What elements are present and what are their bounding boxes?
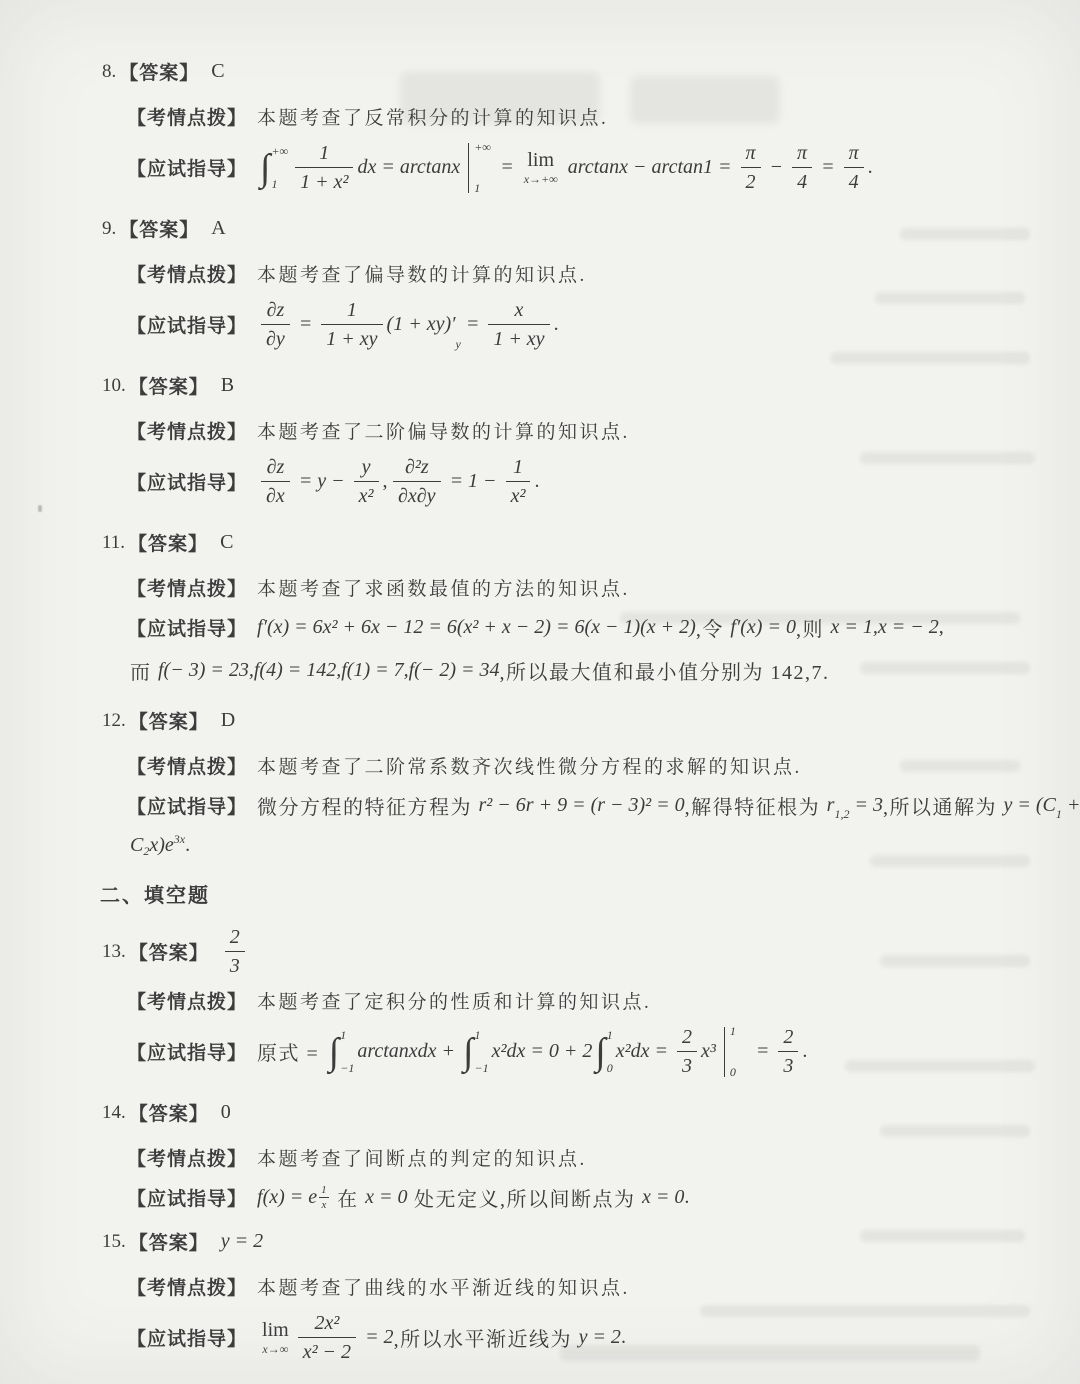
integral-limits: 1−1: [340, 1028, 354, 1076]
answer-value: A: [211, 217, 227, 240]
formula: limx→∞2x²x² − 2 = 2,所以水平渐近线为 y = 2.: [257, 1312, 627, 1363]
math-fraction: π4: [844, 142, 864, 193]
yingshi-label: 【应试指导】: [127, 614, 247, 641]
kaoqing-text: 本题考查了间断点的判定的知识点.: [257, 1144, 587, 1171]
math-text: 0: [221, 1101, 233, 1124]
math-text: ,所以水平渐近线为: [394, 1323, 579, 1352]
yingshi-line: 【应试指导】 ∫+∞111 + x²dx = arctanx+∞1 = limx…: [127, 142, 1080, 193]
answer-value: D: [221, 709, 237, 732]
math-variable: f′(x) = 0: [730, 616, 796, 639]
math-fraction: ∂z∂y: [261, 299, 290, 350]
kaoqing-line: 【考情点拨】 本题考查了间断点的判定的知识点.: [127, 1144, 1080, 1171]
math-text: ,: [939, 616, 946, 639]
formula: 而 f(− 3) = 23,f(4) = 142,f(1) = 7,f(− 2)…: [130, 656, 829, 685]
kaoqing-label: 【考情点拨】: [127, 417, 247, 444]
answer-item-14: 14. 【答案】 0 【考情点拨】 本题考查了间断点的判定的知识点. 【应试指导…: [0, 1099, 1080, 1212]
fraction-numerator: ∂z: [261, 456, 290, 482]
math-text: 原式 =: [257, 1037, 326, 1066]
math-text: .: [621, 1326, 628, 1349]
bar-upper-limit: +∞: [474, 140, 491, 155]
math-text: D: [221, 709, 237, 732]
fraction-numerator: π: [844, 142, 864, 168]
math-variable: = 2: [360, 1326, 394, 1349]
yingshi-line: 【应试指导】 f(x) = e1x 在 x = 0 处无定义,所以间断点为 x …: [127, 1183, 1080, 1212]
math-text: .: [868, 156, 875, 179]
math-variable: =: [294, 313, 318, 336]
kaoqing-label: 【考情点拨】: [127, 260, 247, 287]
kaoqing-text: 本题考查了定积分的性质和计算的知识点.: [257, 987, 651, 1014]
fraction-numerator: ∂z: [261, 299, 290, 325]
math-variable: f′(x) = 6x² + 6x − 12 = 6(x² + x − 2) = …: [257, 616, 696, 639]
answer-item-11: 11. 【答案】 C 【考情点拨】 本题考查了求函数最值的方法的知识点. 【应试…: [0, 529, 1080, 685]
yingshi-label: 【应试指导】: [127, 1324, 247, 1351]
fraction-denominator: 2: [741, 168, 761, 193]
fraction-numerator: 1: [295, 142, 353, 168]
answer-value: 23: [221, 926, 249, 977]
kaoqing-line: 【考情点拨】 本题考查了求函数最值的方法的知识点.: [127, 574, 1080, 601]
math-fraction: x1 + xy: [488, 299, 549, 350]
math-fraction: 1x: [319, 1184, 329, 1211]
math-fraction: 23: [225, 926, 245, 977]
math-text: ,: [383, 470, 390, 493]
yingshi-line: 【应试指导】 limx→∞2x²x² − 2 = 2,所以水平渐近线为 y = …: [127, 1312, 1080, 1363]
math-fraction: π2: [741, 142, 761, 193]
math-variable: y = 2: [579, 1326, 621, 1349]
kaoqing-text: 本题考查了二阶常系数齐次线性微分方程的求解的知识点.: [257, 752, 802, 779]
fraction-numerator: 1: [319, 1184, 329, 1198]
fraction-numerator: 2x²: [298, 1312, 356, 1338]
math-variable: x = 1,x = − 2: [830, 616, 938, 639]
math-fraction: 1x²: [506, 456, 531, 507]
math-variable: x³: [701, 1040, 716, 1063]
formula: 微分方程的特征方程为 r² − 6r + 9 = (r − 3)² = 0,解得…: [257, 791, 1080, 820]
fraction-denominator: x: [319, 1198, 329, 1211]
question-number: 14.: [102, 1102, 126, 1124]
limit-under: x→∞: [262, 1343, 289, 1355]
integral-lower-limit: −1: [474, 1061, 488, 1076]
math-text: 而: [130, 656, 158, 685]
answer-line: 15. 【答案】 y = 2: [102, 1228, 1080, 1255]
evaluation-bar: +∞1: [468, 143, 495, 193]
math-fraction: 11 + xy: [321, 299, 382, 350]
kaoqing-label: 【考情点拨】: [127, 103, 247, 130]
math-text: B: [221, 374, 236, 397]
integral-limits: +∞1: [271, 144, 288, 192]
integral-limits: 1−1: [474, 1028, 488, 1076]
math-text: .: [534, 470, 541, 493]
answer-item-15: 15. 【答案】 y = 2 【考情点拨】 本题考查了曲线的水平渐近线的知识点.…: [0, 1228, 1080, 1363]
kaoqing-label: 【考情点拨】: [127, 574, 247, 601]
fraction-numerator: 2: [778, 1026, 798, 1052]
math-variable: = 3: [849, 794, 883, 817]
kaoqing-label: 【考情点拨】: [127, 1144, 247, 1171]
integral-upper-limit: 1: [607, 1028, 613, 1043]
math-variable: y = 2: [221, 1230, 263, 1253]
fraction-numerator: 2: [677, 1026, 697, 1052]
kaoqing-line: 【考情点拨】 本题考查了曲线的水平渐近线的知识点.: [127, 1273, 1080, 1300]
formula: C2x)e3x.: [130, 834, 192, 857]
yingshi-label: 【应试指导】: [127, 468, 247, 495]
fraction-numerator: π: [741, 142, 761, 168]
kaoqing-line: 【考情点拨】 本题考查了定积分的性质和计算的知识点.: [127, 987, 1080, 1014]
scanned-answer-page: { "labels": { "answer": "【答案】", "kaoqing…: [0, 0, 1080, 1384]
math-variable: −: [765, 156, 789, 179]
math-variable: r: [827, 794, 835, 817]
math-variable: = 1 −: [445, 470, 502, 493]
formula: ∂z∂y = 11 + xy(1 + xy)′y = x1 + xy.: [257, 299, 560, 350]
math-variable: r² − 6r + 9 = (r − 3)² = 0: [479, 794, 685, 817]
math-fraction: 11 + x²: [295, 142, 353, 193]
formula: f(x) = e1x 在 x = 0 处无定义,所以间断点为 x = 0.: [257, 1183, 691, 1212]
fraction-numerator: x: [488, 299, 549, 325]
kaoqing-text: 本题考查了曲线的水平渐近线的知识点.: [257, 1273, 630, 1300]
answer-line: 8. 【答案】 C: [102, 58, 1080, 85]
fraction-denominator: x²: [354, 482, 379, 507]
kaoqing-line: 【考情点拨】 本题考查了二阶偏导数的计算的知识点.: [127, 417, 1080, 444]
formula: f′(x) = 6x² + 6x − 12 = 6(x² + x − 2) = …: [257, 613, 945, 642]
math-text: .: [554, 313, 561, 336]
question-number: 9.: [102, 218, 116, 240]
math-variable: =: [751, 1040, 775, 1063]
integral-upper-limit: +∞: [271, 144, 288, 159]
answer-label: 【答案】: [129, 372, 209, 399]
limit-label: lim: [524, 150, 558, 170]
fraction-numerator: 1: [506, 456, 531, 482]
math-text: 在: [331, 1183, 366, 1212]
math-variable: arctanx − arctan1 =: [563, 156, 737, 179]
answer-label: 【答案】: [119, 215, 199, 242]
bar-lower-limit: 1: [474, 181, 480, 196]
fraction-denominator: 3: [778, 1052, 798, 1077]
fraction-numerator: ∂²z: [393, 456, 441, 482]
integral-sign: ∫: [595, 1033, 605, 1071]
yingshi-line: 【应试指导】 f′(x) = 6x² + 6x − 12 = 6(x² + x …: [127, 613, 1080, 642]
fraction-denominator: 4: [792, 168, 812, 193]
math-fraction: ∂²z∂x∂y: [393, 456, 441, 507]
answer-line: 12. 【答案】 D: [102, 707, 1080, 734]
math-variable: x = 0: [642, 1186, 684, 1209]
question-number: 13.: [102, 941, 126, 963]
math-variable: arctanxdx +: [357, 1040, 460, 1063]
kaoqing-text: 本题考查了二阶偏导数的计算的知识点.: [257, 417, 630, 444]
answer-item-8: 8. 【答案】 C 【考情点拨】 本题考查了反常积分的计算的知识点. 【应试指导…: [0, 58, 1080, 193]
integral-lower-limit: 1: [271, 177, 288, 192]
yingshi-line: 【应试指导】 原式 = ∫1−1arctanxdx + ∫1−1x²dx = 0…: [127, 1026, 1080, 1077]
math-variable: (1 + xy)′: [387, 313, 456, 336]
math-text: ,所以最大值和最小值分别为 142,7.: [499, 656, 829, 685]
math-text: ,所以通解为: [883, 791, 1004, 820]
question-number: 10.: [102, 375, 126, 397]
integral: ∫10: [595, 1028, 612, 1076]
kaoqing-text: 本题考查了求函数最值的方法的知识点.: [257, 574, 630, 601]
formula: ∂z∂x = y − yx²,∂²z∂x∂y = 1 − 1x².: [257, 456, 541, 507]
yingshi-line: 【应试指导】 微分方程的特征方程为 r² − 6r + 9 = (r − 3)²…: [127, 791, 1080, 820]
kaoqing-text: 本题考查了偏导数的计算的知识点.: [257, 260, 587, 287]
math-text: ,解得特征根为: [685, 791, 827, 820]
fraction-denominator: 3: [677, 1052, 697, 1077]
math-superscript: 3x: [174, 832, 185, 847]
math-variable: x²dx =: [616, 1040, 673, 1063]
fraction-denominator: ∂x: [261, 482, 290, 507]
answer-label: 【答案】: [129, 707, 209, 734]
math-text: ,则: [796, 613, 831, 642]
answer-label: 【答案】: [129, 1099, 209, 1126]
yingshi-line: 【应试指导】 ∂z∂y = 11 + xy(1 + xy)′y = x1 + x…: [127, 299, 1080, 350]
formula: 原式 = ∫1−1arctanxdx + ∫1−1x²dx = 0 + 2∫10…: [257, 1026, 809, 1077]
fraction-denominator: ∂y: [261, 325, 290, 350]
yingshi-label: 【应试指导】: [127, 1038, 247, 1065]
fraction-denominator: 1 + xy: [488, 325, 549, 350]
math-fraction: yx²: [354, 456, 379, 507]
math-text: .: [802, 1040, 809, 1063]
math-variable: =: [816, 156, 840, 179]
answer-value: B: [221, 374, 236, 397]
fraction-numerator: y: [354, 456, 379, 482]
math-text: C: [211, 60, 226, 83]
bar-upper-limit: 1: [730, 1024, 736, 1039]
kaoqing-line: 【考情点拨】 本题考查了二阶常系数齐次线性微分方程的求解的知识点.: [127, 752, 1080, 779]
math-text: A: [211, 217, 227, 240]
integral: ∫+∞1: [260, 144, 288, 192]
answer-value: C: [220, 531, 235, 554]
math-variable: x)e: [149, 834, 173, 857]
answer-line: 10. 【答案】 B: [102, 372, 1080, 399]
formula: ∫+∞111 + x²dx = arctanx+∞1 = limx→+∞ arc…: [257, 142, 874, 193]
fraction-denominator: 3: [225, 952, 245, 977]
integral-sign: ∫: [260, 149, 270, 187]
kaoqing-text: 本题考查了反常积分的计算的知识点.: [257, 103, 608, 130]
question-number: 11.: [102, 532, 125, 554]
math-variable: y = (C: [1003, 794, 1055, 817]
formula-continuation: C2x)e3x.: [130, 834, 1080, 857]
question-number: 12.: [102, 710, 126, 732]
math-variable: C: [130, 834, 143, 857]
question-number: 8.: [102, 61, 116, 83]
fraction-denominator: 1 + x²: [295, 168, 353, 193]
math-text: 微分方程的特征方程为: [257, 791, 479, 820]
integral-upper-limit: 1: [340, 1028, 354, 1043]
yingshi-label: 【应试指导】: [127, 311, 247, 338]
kaoqing-label: 【考情点拨】: [127, 752, 247, 779]
answer-label: 【答案】: [129, 938, 209, 965]
fraction-numerator: 2: [225, 926, 245, 952]
fraction-denominator: 1 + xy: [321, 325, 382, 350]
math-text: .: [684, 1186, 691, 1209]
answer-label: 【答案】: [128, 529, 208, 556]
math-variable: f(− 3) = 23,f(4) = 142,f(1) = 7,f(− 2) =…: [158, 659, 499, 682]
integral-lower-limit: 0: [607, 1061, 613, 1076]
math-fraction: 23: [677, 1026, 697, 1077]
fraction-denominator: x² − 2: [298, 1338, 356, 1363]
integral-limits: 10: [607, 1028, 613, 1076]
math-subscript: y: [455, 337, 460, 352]
yingshi-label: 【应试指导】: [127, 792, 247, 819]
integral-upper-limit: 1: [474, 1028, 488, 1043]
limit-label: lim: [262, 1320, 289, 1340]
kaoqing-label: 【考情点拨】: [127, 987, 247, 1014]
answer-value: 0: [221, 1101, 233, 1124]
answer-item-13: 13. 【答案】 23 【考情点拨】 本题考查了定积分的性质和计算的知识点. 【…: [0, 926, 1080, 1077]
answer-label: 【答案】: [129, 1228, 209, 1255]
bar-lower-limit: 0: [730, 1065, 736, 1080]
answer-label: 【答案】: [119, 58, 199, 85]
answer-item-9: 9. 【答案】 A 【考情点拨】 本题考查了偏导数的计算的知识点. 【应试指导】…: [0, 215, 1080, 350]
kaoqing-line: 【考情点拨】 本题考查了偏导数的计算的知识点.: [127, 260, 1080, 287]
math-variable: +: [1062, 794, 1080, 817]
math-text: .: [185, 834, 192, 857]
question-number: 15.: [102, 1231, 126, 1253]
fraction-denominator: x²: [506, 482, 531, 507]
answer-item-10: 10. 【答案】 B 【考情点拨】 本题考查了二阶偏导数的计算的知识点. 【应试…: [0, 372, 1080, 507]
math-variable: = y −: [294, 470, 350, 493]
section-heading: 二、填空题: [100, 879, 1080, 908]
yingshi-line: 【应试指导】 ∂z∂x = y − yx²,∂²z∂x∂y = 1 − 1x².: [127, 456, 1080, 507]
math-text: ,令: [696, 613, 731, 642]
math-text: 处无定义,所以间断点为: [408, 1183, 643, 1212]
math-subscript: 1,2: [834, 807, 849, 822]
limit: limx→∞: [262, 1320, 289, 1355]
limit: limx→+∞: [524, 150, 558, 185]
answer-line: 9. 【答案】 A: [102, 215, 1080, 242]
fraction-numerator: π: [792, 142, 812, 168]
math-text: C: [220, 531, 235, 554]
math-fraction: π4: [792, 142, 812, 193]
answer-line: 14. 【答案】 0: [102, 1099, 1080, 1126]
integral-sign: ∫: [463, 1033, 473, 1071]
fraction-denominator: 4: [844, 168, 864, 193]
math-variable: =: [495, 156, 519, 179]
answer-line: 11. 【答案】 C: [102, 529, 1080, 556]
answer-value: C: [211, 60, 226, 83]
integral-lower-limit: −1: [340, 1061, 354, 1076]
answer-key-content: 8. 【答案】 C 【考情点拨】 本题考查了反常积分的计算的知识点. 【应试指导…: [0, 0, 1080, 1363]
integral: ∫1−1: [463, 1028, 489, 1076]
math-variable: =: [461, 313, 485, 336]
kaoqing-label: 【考情点拨】: [127, 1273, 247, 1300]
integral-sign: ∫: [329, 1033, 339, 1071]
evaluation-bar: 10: [724, 1027, 751, 1077]
fraction-numerator: 1: [321, 299, 382, 325]
math-fraction: 23: [778, 1026, 798, 1077]
math-fraction: 2x²x² − 2: [298, 1312, 356, 1363]
integral: ∫1−1: [329, 1028, 355, 1076]
yingshi-label: 【应试指导】: [127, 154, 247, 181]
math-variable: x = 0: [365, 1186, 407, 1209]
math-fraction: ∂z∂x: [261, 456, 290, 507]
math-variable: dx = arctanx: [357, 156, 460, 179]
fraction-denominator: ∂x∂y: [393, 482, 441, 507]
kaoqing-line: 【考情点拨】 本题考查了反常积分的计算的知识点.: [127, 103, 1080, 130]
answer-value: y = 2: [221, 1230, 263, 1253]
math-variable: x²dx = 0 + 2: [492, 1040, 593, 1063]
answer-line: 13. 【答案】 23: [102, 926, 1080, 977]
limit-under: x→+∞: [524, 173, 558, 185]
formula-continuation: 而 f(− 3) = 23,f(4) = 142,f(1) = 7,f(− 2)…: [130, 656, 1080, 685]
yingshi-label: 【应试指导】: [127, 1184, 247, 1211]
math-variable: f(x) = e: [257, 1186, 317, 1209]
answer-item-12: 12. 【答案】 D 【考情点拨】 本题考查了二阶常系数齐次线性微分方程的求解的…: [0, 707, 1080, 857]
